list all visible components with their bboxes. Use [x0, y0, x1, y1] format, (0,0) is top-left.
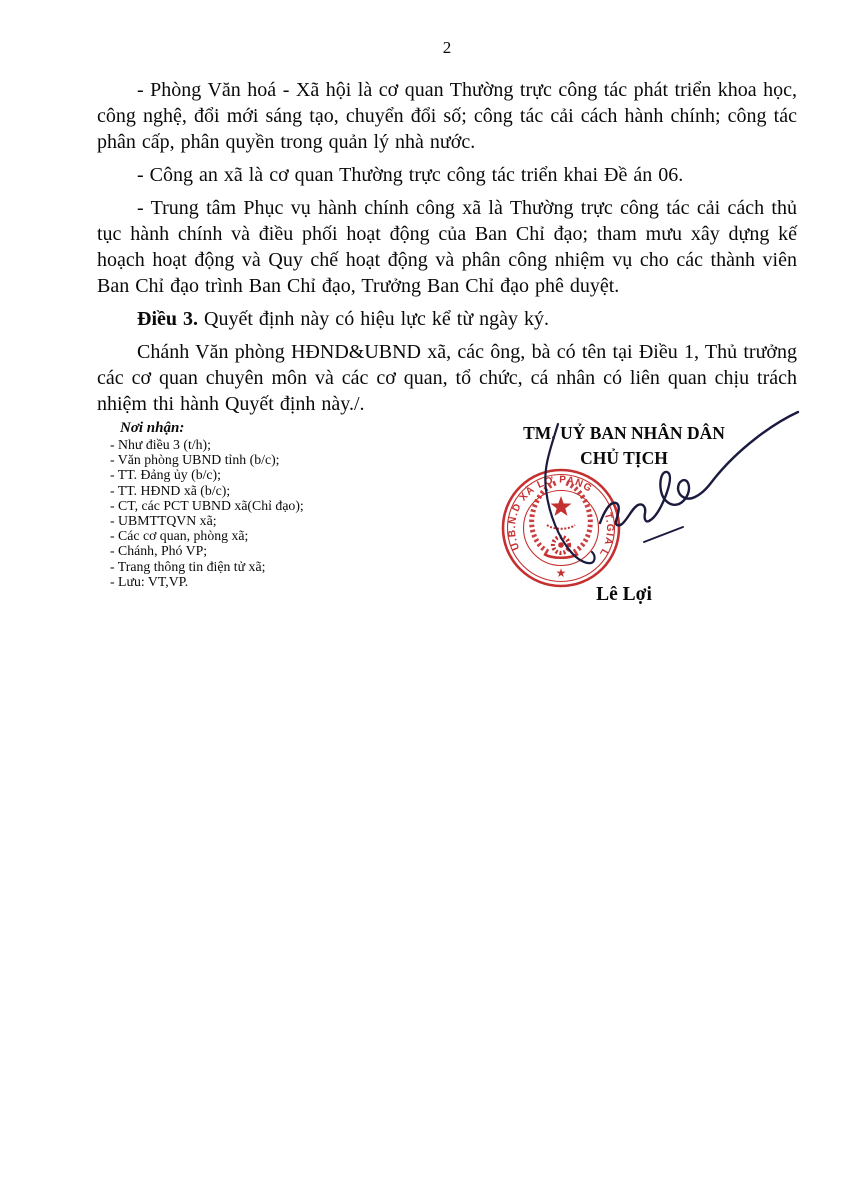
national-emblem-icon [532, 482, 591, 558]
paragraph-text: - Phòng Văn hoá - Xã hội là cơ quan Thườ… [97, 79, 797, 153]
page-number: 2 [97, 38, 797, 58]
recipient-item: - UBMTTQVN xã; [110, 513, 410, 528]
document-body: - Phòng Văn hoá - Xã hội là cơ quan Thườ… [97, 77, 797, 424]
paragraph-dieu-3: Điều 3. Quyết định này có hiệu lực kể từ… [97, 306, 797, 332]
recipient-item: - TT. Đảng ủy (b/c); [110, 467, 410, 482]
svg-text:U.B.N.D XÃ LƠ PANG: U.B.N.D XÃ LƠ PANG [507, 475, 594, 552]
paragraph-text: - Trung tâm Phục vụ hành chính công xã l… [97, 197, 797, 297]
recipients-heading: Nơi nhận: [120, 420, 410, 437]
paragraph-text: Quyết định này có hiệu lực kể từ ngày ký… [198, 308, 549, 330]
signer-name: Lê Lợi [496, 584, 752, 606]
paragraph-cong-an-xa: - Công an xã là cơ quan Thường trực công… [97, 162, 797, 188]
recipient-item: - Lưu: VT,VP. [110, 574, 410, 589]
recipients-block: Nơi nhận: - Như điều 3 (t/h); - Văn phòn… [110, 420, 410, 589]
recipient-item: - Như điều 3 (t/h); [110, 437, 410, 452]
seal-bottom-star-icon: ★ [556, 566, 567, 580]
signature-block: TM. UỶ BAN NHÂN DÂN CHỦ TỊCH Lê Lợi [488, 421, 760, 470]
recipient-item: - Văn phòng UBND tỉnh (b/c); [110, 452, 410, 467]
paragraph-phong-van-hoa: - Phòng Văn hoá - Xã hội là cơ quan Thườ… [97, 77, 797, 155]
document-page: 2 - Phòng Văn hoá - Xã hội là cơ quan Th… [0, 0, 848, 1200]
paragraph-trung-tam: - Trung tâm Phục vụ hành chính công xã l… [97, 195, 797, 299]
seal-ring-text-top: U.B.N.D XÃ LƠ PANG [507, 475, 594, 552]
recipient-item: - TT. HĐND xã (b/c); [110, 483, 410, 498]
paragraph-chanh-van-phong: Chánh Văn phòng HĐND&UBND xã, các ông, b… [97, 339, 797, 417]
signing-authority: TM. UỶ BAN NHÂN DÂN [488, 421, 760, 446]
paragraph-text: Chánh Văn phòng HĐND&UBND xã, các ông, b… [97, 341, 797, 415]
recipient-item: - Các cơ quan, phòng xã; [110, 528, 410, 543]
paragraph-lead: Điều 3. [137, 308, 198, 330]
recipient-item: - Trang thông tin điện tử xã; [110, 559, 410, 574]
signer-title: CHỦ TỊCH [488, 446, 760, 470]
recipient-item: - Chánh, Phó VP; [110, 543, 410, 558]
paragraph-text: - Công an xã là cơ quan Thường trực công… [137, 164, 683, 186]
recipient-item: - CT, các PCT UBND xã(Chỉ đạo); [110, 498, 410, 513]
